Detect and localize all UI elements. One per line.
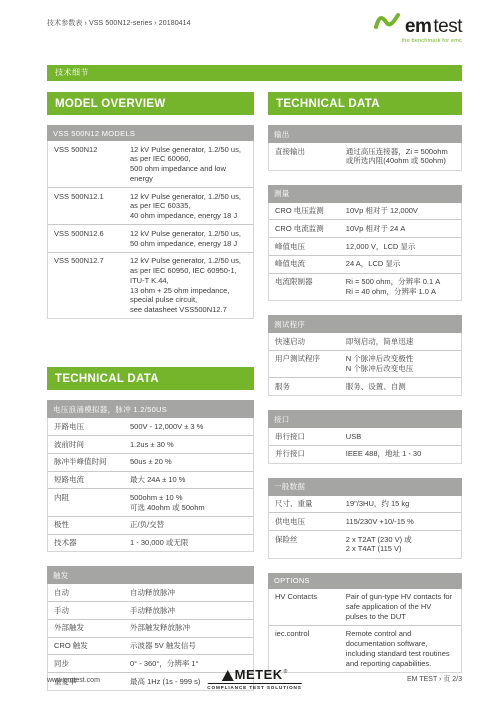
ametek-logo-text: METEK xyxy=(235,668,283,681)
row-value: 手动释放脉冲 xyxy=(130,602,253,619)
website-link[interactable]: www.emtest.com xyxy=(47,677,100,684)
options-table: OPTIONSHV ContactsPair of gun-type HV co… xyxy=(268,573,462,673)
table-row: 极性正/负/交替 xyxy=(48,516,253,534)
row-value: 通过高压连接器，Zi = 500ohm 或所选内阻(40ohm 或 50ohm) xyxy=(346,143,461,170)
row-label: 串行接口 xyxy=(269,428,346,445)
row-label: 电流限制器 xyxy=(269,274,346,301)
table-row: 峰值电压12,000 V，LCD 显示 xyxy=(269,237,461,255)
section-header-technical-data-right: TECHNICAL DATA xyxy=(268,92,462,115)
table-row: 技术器1 - 30,000 或无限 xyxy=(48,534,253,552)
row-label: 供电电压 xyxy=(269,513,346,530)
row-value: 1.2us ± 30 % xyxy=(130,436,253,453)
row-label: 峰值电流 xyxy=(269,256,346,273)
section-header-technical-data-left: TECHNICAL DATA xyxy=(47,367,254,390)
row-label: VSS 500N12.6 xyxy=(48,225,130,252)
document-header: 技术参数表 › VSS 500N12-series › 20180414 em … xyxy=(47,0,462,58)
row-label: 用户测试程序 xyxy=(269,351,346,378)
row-value: 500V - 12,000V ± 3 % xyxy=(130,418,253,435)
table-title: 测量 xyxy=(268,185,462,203)
ametek-logo-name: METEK ® xyxy=(207,668,301,681)
row-label: 脉冲半峰值时间 xyxy=(48,454,130,471)
row-label: HV Contacts xyxy=(269,589,346,625)
row-value: 24 A，LCD 显示 xyxy=(346,256,461,273)
row-label: 技术器 xyxy=(48,535,130,552)
row-label: 服务 xyxy=(269,378,346,395)
page-footer: www.emtest.com METEK ® COMPLIANCE TEST S… xyxy=(47,664,462,690)
row-value: 最大 24A ± 10 % xyxy=(130,472,253,489)
row-value: Pair of gun-type HV contacts for safe ap… xyxy=(346,589,461,625)
table-row: CRO 电压监测10Vp 相对于 12,000V xyxy=(269,203,461,220)
measurement-table: 测量CRO 电压监测10Vp 相对于 12,000VCRO 电流监测10Vp 相… xyxy=(268,185,462,302)
table-title: 电压浪涌模拟器，脉冲 1.2/50US xyxy=(47,400,254,418)
row-label: VSS 500N12.7 xyxy=(48,253,130,319)
emtest-logo: em test the benchmark for emc xyxy=(374,13,462,44)
surge-simulator-table: 电压浪涌模拟器，脉冲 1.2/50US开路电压500V - 12,000V ± … xyxy=(47,400,254,552)
row-value: 12 kV Pulse generator, 1.2/50 us, as per… xyxy=(130,253,253,319)
table-title: VSS 500N12 MODELS xyxy=(47,125,254,141)
row-value: 服务、设置、自测 xyxy=(346,378,461,395)
ametek-tagline: COMPLIANCE TEST SOLUTIONS xyxy=(207,683,301,691)
table-row: CRO 触发示波器 5V 触发信号 xyxy=(48,637,253,655)
row-value: 115/230V +10/-15 % xyxy=(346,513,461,530)
row-value: 2 x T2AT (230 V) 或 2 x T4AT (115 V) xyxy=(346,531,461,558)
row-label: 快速启动 xyxy=(269,333,346,350)
table-row: 开路电压500V - 12,000V ± 3 % xyxy=(48,418,253,435)
table-row: HV ContactsPair of gun-type HV contacts … xyxy=(269,589,461,625)
table-row: VSS 500N12.612 kV Pulse generator, 1.2/5… xyxy=(48,224,253,252)
models-table: VSS 500N12 MODELSVSS 500N1212 kV Pulse g… xyxy=(47,125,254,319)
registered-mark: ® xyxy=(284,670,288,675)
ametek-logo: METEK ® COMPLIANCE TEST SOLUTIONS xyxy=(207,668,301,691)
table-row: 峰值电流24 A，LCD 显示 xyxy=(269,255,461,273)
row-label: 峰值电压 xyxy=(269,238,346,255)
row-value: 50us ± 20 % xyxy=(130,454,253,471)
right-column: TECHNICAL DATA 输出直接输出通过高压连接器，Zi = 500ohm… xyxy=(268,92,462,687)
row-label: 直接输出 xyxy=(269,143,346,170)
emtest-wave-icon xyxy=(374,13,401,34)
row-label: CRO 触发 xyxy=(48,638,130,655)
table-row: 内阻500ohm ± 10 % 可选 40ohm 或 50ohm xyxy=(48,488,253,516)
table-row: 波前时间1.2us ± 30 % xyxy=(48,435,253,453)
row-label: 开路电压 xyxy=(48,418,130,435)
table-row: 用户测试程序N 个脉冲后改变极性 N 个脉冲后改变电压 xyxy=(269,350,461,378)
table-row: 快速启动即刻启动，简单迅速 xyxy=(269,333,461,350)
table-row: 串行接口USB xyxy=(269,428,461,445)
row-label: CRO 电压监测 xyxy=(269,203,346,220)
row-value: 即刻启动，简单迅速 xyxy=(346,333,461,350)
table-row: VSS 500N12.112 kV Pulse generator, 1.2/5… xyxy=(48,187,253,224)
row-label: 内阻 xyxy=(48,489,130,516)
row-label: VSS 500N12 xyxy=(48,141,130,187)
table-row: 自动自动释放脉冲 xyxy=(48,584,253,601)
row-label: 波前时间 xyxy=(48,436,130,453)
output-table: 输出直接输出通过高压连接器，Zi = 500ohm 或所选内阻(40ohm 或 … xyxy=(268,125,462,171)
row-value: 10Vp 相对于 12,000V xyxy=(346,203,461,220)
row-value: 12 kV Pulse generator, 1.2/50 us, as per… xyxy=(130,141,253,187)
ametek-a-triangle-icon xyxy=(222,670,234,681)
row-value: 10Vp 相对于 24 A xyxy=(346,220,461,237)
row-label: 尺寸、重量 xyxy=(269,496,346,513)
columns: MODEL OVERVIEW VSS 500N12 MODELSVSS 500N… xyxy=(47,92,462,705)
table-row: 电流限制器Ri = 500 ohm，分辨率 0.1 A Ri = 40 ohm，… xyxy=(269,273,461,301)
table-row: 手动手动释放脉冲 xyxy=(48,601,253,619)
section-header-model-overview: MODEL OVERVIEW xyxy=(47,92,254,115)
row-value: 1 - 30,000 或无限 xyxy=(130,535,253,552)
row-value: 自动释放脉冲 xyxy=(130,584,253,601)
page-content: 技术参数表 › VSS 500N12-series › 20180414 em … xyxy=(47,0,462,705)
row-value: IEEE 488，地址 1 - 30 xyxy=(346,446,461,463)
table-row: VSS 500N1212 kV Pulse generator, 1.2/50 … xyxy=(48,141,253,187)
table-title: 输出 xyxy=(268,125,462,143)
table-row: 直接输出通过高压连接器，Zi = 500ohm 或所选内阻(40ohm 或 50… xyxy=(269,143,461,170)
table-row: 短路电流最大 24A ± 10 % xyxy=(48,471,253,489)
emtest-logo-main: em test xyxy=(374,13,462,36)
row-label: 外部触发 xyxy=(48,620,130,637)
row-value: 外部触发释放脉冲 xyxy=(130,620,253,637)
table-row: CRO 电流监测10Vp 相对于 24 A xyxy=(269,219,461,237)
row-value: N 个脉冲后改变极性 N 个脉冲后改变电压 xyxy=(346,351,461,378)
row-label: 并行接口 xyxy=(269,446,346,463)
table-title: OPTIONS xyxy=(268,573,462,589)
interface-table: 接口串行接口USB并行接口IEEE 488，地址 1 - 30 xyxy=(268,410,462,464)
page-number: EM TEST › 页 2/3 xyxy=(407,674,462,684)
table-title: 一般数据 xyxy=(268,478,462,496)
table-row: 供电电压115/230V +10/-15 % xyxy=(269,512,461,530)
row-value: Ri = 500 ohm，分辨率 0.1 A Ri = 40 ohm，分辨率 1… xyxy=(346,274,461,301)
row-label: 手动 xyxy=(48,602,130,619)
section-bar-technical-details: 技术细节 xyxy=(47,65,462,81)
row-value: USB xyxy=(346,428,461,445)
table-title: 测试程序 xyxy=(268,315,462,333)
row-label: 极性 xyxy=(48,517,130,534)
test-procedures-table: 测试程序快速启动即刻启动，简单迅速用户测试程序N 个脉冲后改变极性 N 个脉冲后… xyxy=(268,315,462,396)
logo-text-test: test xyxy=(433,17,462,36)
table-row: 尺寸、重量19"/3HU，约 15 kg xyxy=(269,496,461,513)
table-row: 外部触发外部触发释放脉冲 xyxy=(48,619,253,637)
row-label: CRO 电流监测 xyxy=(269,220,346,237)
row-label: VSS 500N12.1 xyxy=(48,188,130,224)
row-value: 12,000 V，LCD 显示 xyxy=(346,238,461,255)
row-label: 短路电流 xyxy=(48,472,130,489)
row-label: 自动 xyxy=(48,584,130,601)
left-column: MODEL OVERVIEW VSS 500N12 MODELSVSS 500N… xyxy=(47,92,254,705)
row-value: 500ohm ± 10 % 可选 40ohm 或 50ohm xyxy=(130,489,253,516)
row-label: 保险丝 xyxy=(269,531,346,558)
table-row: 脉冲半峰值时间50us ± 20 % xyxy=(48,453,253,471)
row-value: 12 kV Pulse generator, 1.2/50 us, as per… xyxy=(130,188,253,224)
logo-text-em: em xyxy=(405,17,431,36)
table-row: 保险丝2 x T2AT (230 V) 或 2 x T4AT (115 V) xyxy=(269,530,461,558)
table-title: 接口 xyxy=(268,410,462,428)
row-value: 示波器 5V 触发信号 xyxy=(130,638,253,655)
logo-tagline: the benchmark for emc xyxy=(402,38,462,44)
general-data-table: 一般数据尺寸、重量19"/3HU，约 15 kg供电电压115/230V +10… xyxy=(268,478,462,559)
table-row: 服务服务、设置、自测 xyxy=(269,377,461,395)
table-row: VSS 500N12.712 kV Pulse generator, 1.2/5… xyxy=(48,252,253,319)
table-row: 并行接口IEEE 488，地址 1 - 30 xyxy=(269,445,461,463)
table-title: 触发 xyxy=(47,566,254,584)
row-value: 12 kV Pulse generator, 1.2/50 us, 50 ohm… xyxy=(130,225,253,252)
breadcrumb: 技术参数表 › VSS 500N12-series › 20180414 xyxy=(47,13,191,28)
row-value: 19"/3HU，约 15 kg xyxy=(346,496,461,513)
row-value: 正/负/交替 xyxy=(130,517,253,534)
